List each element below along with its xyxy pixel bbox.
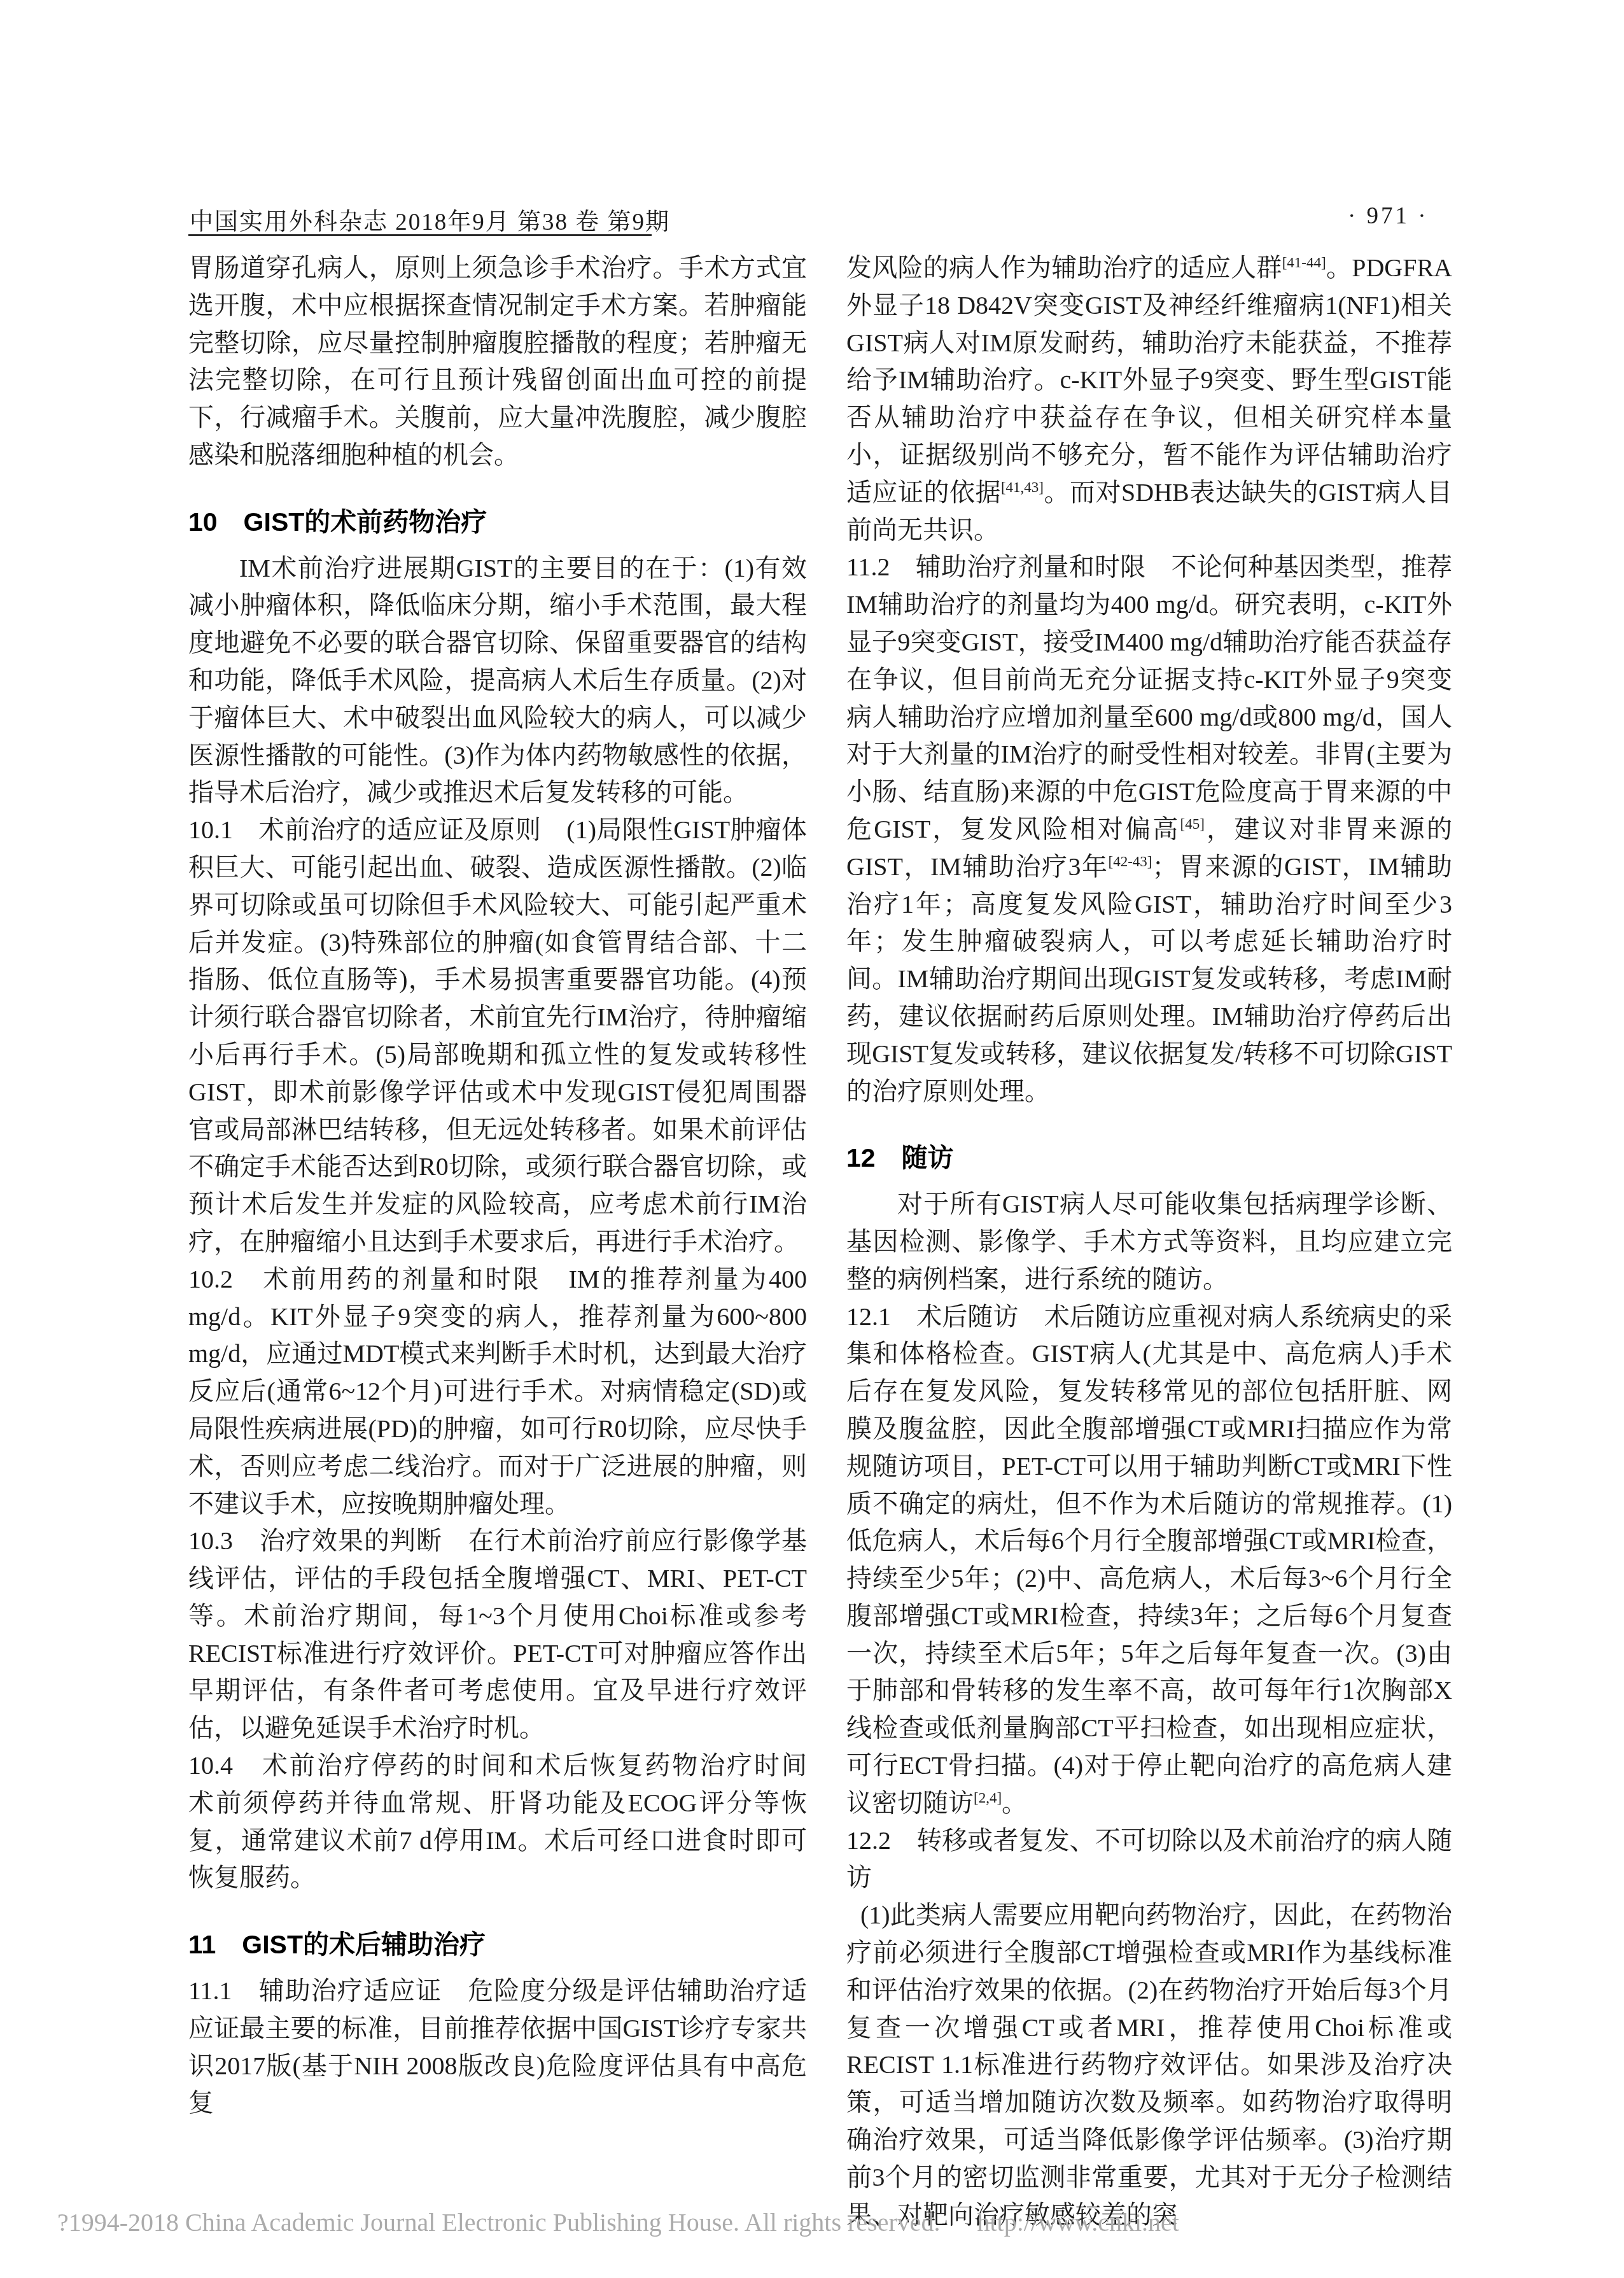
page-number: · 971 · [1348, 202, 1429, 230]
body-paragraph: (1)此类病人需要应用靶向药物治疗，因此，在药物治疗前必须进行全腹部CT增强检查… [846, 1897, 1452, 2233]
section-heading: 10 GIST的术前药物治疗 [188, 503, 807, 541]
page-footer: ?1994-2018 China Academic Journal Electr… [57, 2207, 1179, 2237]
body-paragraph: 12.1 术后随访 术后随访应重视对病人系统病史的采集和体格检查。GIST病人(… [846, 1298, 1452, 1822]
body-paragraph: 发风险的病人作为辅助治疗的适应人群[41-44]。PDGFRA外显子18 D84… [846, 250, 1452, 549]
body-paragraph: 10.1 术前治疗的适应证及原则 (1)局限性GIST肿瘤体积巨大、可能引起出血… [188, 812, 807, 1261]
body-paragraph: 10.4 术前治疗停药的时间和术后恢复药物治疗时间 术前须停药并待血常规、肝肾功… [188, 1747, 807, 1897]
citation-reference: [41-44] [1282, 255, 1326, 271]
section-heading: 12 随访 [846, 1139, 1452, 1177]
citation-reference: [2,4] [974, 1790, 1002, 1806]
body-paragraph: 11.2 辅助治疗剂量和时限 不论何种基因类型，推荐IM辅助治疗的剂量均为400… [846, 549, 1452, 1110]
body-paragraph: 12.2 转移或者复发、不可切除以及术前治疗的病人随访 [846, 1822, 1452, 1897]
body-paragraph: 对于所有GIST病人尽可能收集包括病理学诊断、基因检测、影像学、手术方式等资料，… [846, 1186, 1452, 1298]
body-paragraph: 11.1 辅助治疗适应证 危险度分级是评估辅助治疗适应证最主要的标准，目前推荐依… [188, 1972, 807, 2122]
cnki-url: http://www.cnki.net [977, 2208, 1179, 2237]
left-column: 胃肠道穿孔病人，原则上须急诊手术治疗。手术方式宜选开腹，术中应根据探查情况制定手… [188, 250, 807, 2122]
body-paragraph: 10.3 治疗效果的判断 在行术前治疗前应行影像学基线评估，评估的手段包括全腹增… [188, 1522, 807, 1747]
header-underline [188, 234, 652, 236]
citation-reference: [41,43] [1001, 479, 1044, 495]
citation-reference: [45] [1180, 816, 1205, 832]
body-paragraph: 10.2 术前用药的剂量和时限 IM的推荐剂量为400 mg/d。KIT外显子9… [188, 1261, 807, 1523]
right-column: 发风险的病人作为辅助治疗的适应人群[41-44]。PDGFRA外显子18 D84… [846, 250, 1452, 2233]
citation-reference: [42-43] [1109, 853, 1152, 869]
section-heading: 11 GIST的术后辅助治疗 [188, 1926, 807, 1964]
copyright-text: ?1994-2018 China Academic Journal Electr… [57, 2208, 941, 2237]
body-paragraph: IM术前治疗进展期GIST的主要目的在于：(1)有效减小肿瘤体积，降低临床分期，… [188, 550, 807, 812]
journal-title: 中国实用外科杂志 2018年9月 第38 卷 第9期 [190, 202, 670, 237]
body-paragraph: 胃肠道穿孔病人，原则上须急诊手术治疗。手术方式宜选开腹，术中应根据探查情况制定手… [188, 250, 807, 474]
journal-page: 中国实用外科杂志 2018年9月 第38 卷 第9期 · 971 · 胃肠道穿孔… [0, 0, 1624, 2278]
